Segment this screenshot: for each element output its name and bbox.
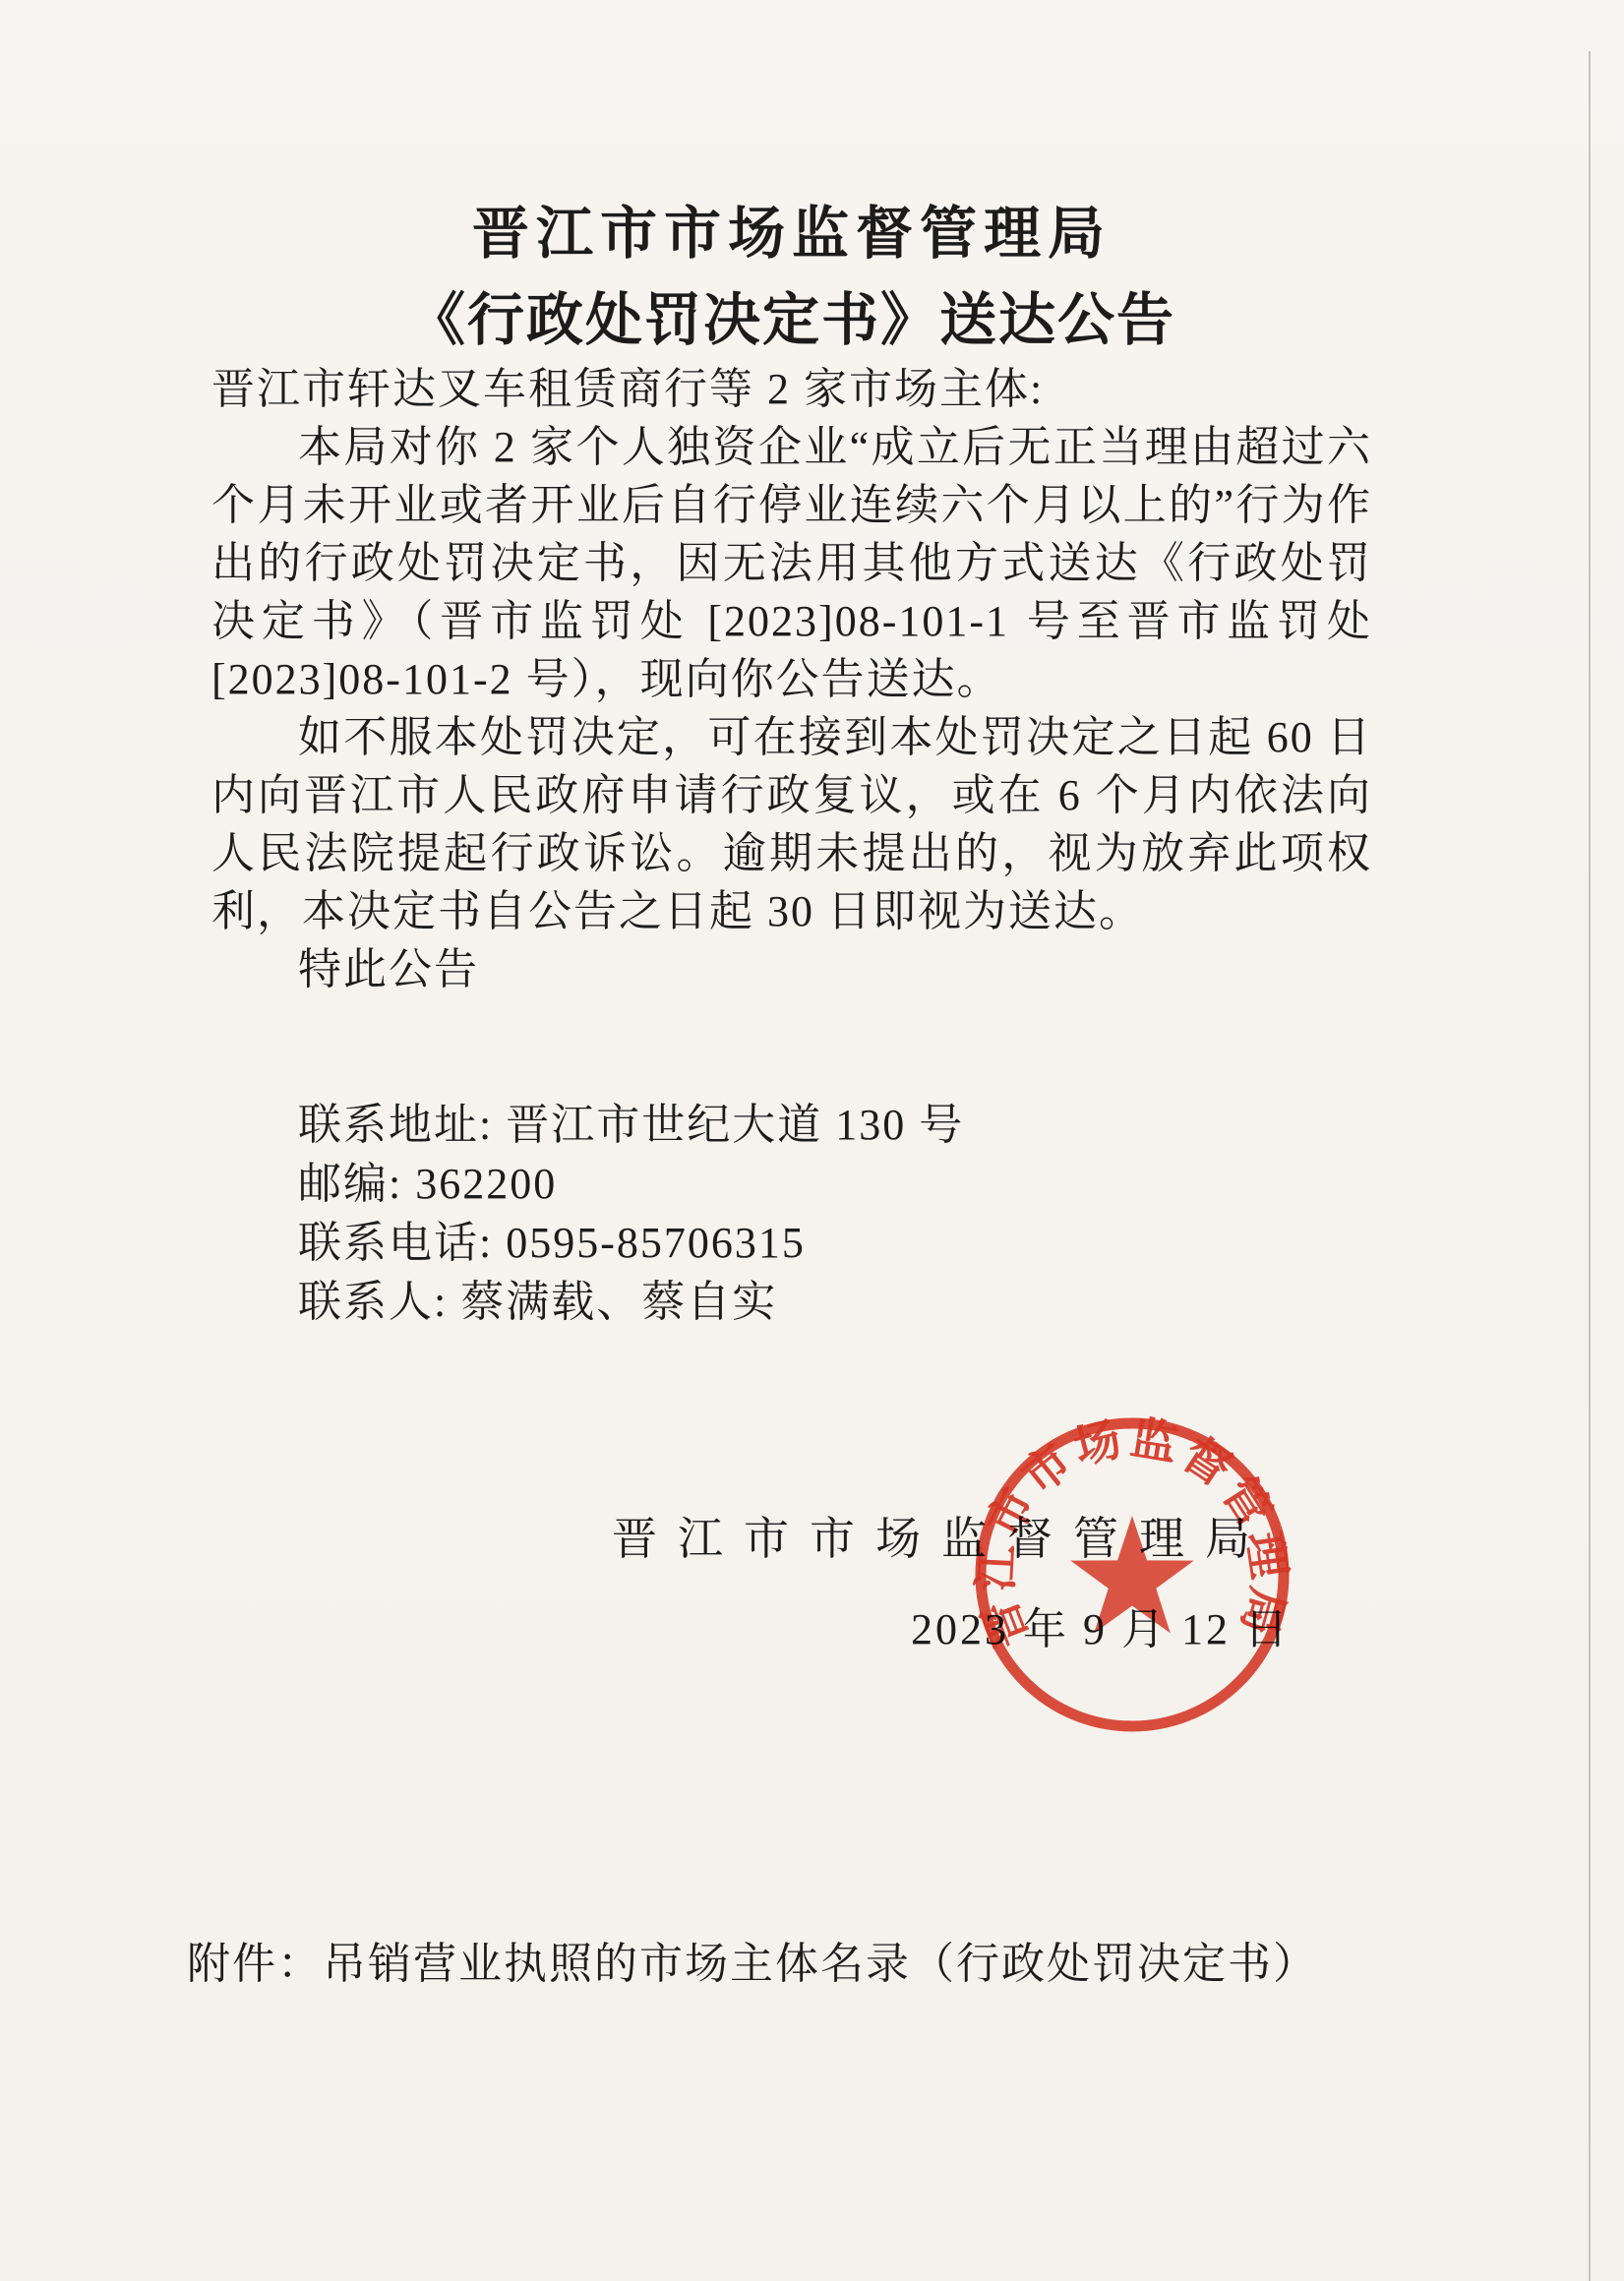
contact-postal-code: 邮编: 362200: [211, 1155, 1372, 1214]
official-seal: 晋江市市场监督管理局: [967, 1410, 1297, 1740]
contact-phone: 联系电话: 0595-85706315: [211, 1214, 1372, 1273]
contact-address: 联系地址: 晋江市世纪大道 130 号: [211, 1096, 1372, 1155]
document-page: 晋江市市场监督管理局 《行政处罚决定书》送达公告 晋江市轩达叉车租赁商行等 2 …: [0, 0, 1624, 2281]
body-paragraph-1: 本局对你 2 家个人独资企业“成立后无正当理由超过六个月未开业或者开业后自行停业…: [211, 418, 1372, 708]
attachment-note: 附件：吊销营业执照的市场主体名录（行政处罚决定书）: [187, 1928, 1466, 1991]
seal-star-icon: [1070, 1516, 1194, 1633]
document-title-line2: 《行政处罚决定书》送达公告: [211, 273, 1372, 356]
body-paragraph-2: 如不服本处罚决定，可在接到本处罚决定之日起 60 日内向晋江市人民政府申请行政复…: [211, 708, 1372, 940]
closing-line: 特此公告: [211, 940, 1372, 998]
salutation: 晋江市轩达叉车租赁商行等 2 家市场主体:: [211, 360, 1372, 418]
document-title-line1: 晋江市市场监督管理局: [211, 187, 1372, 270]
document-body: 晋江市轩达叉车租赁商行等 2 家市场主体: 本局对你 2 家个人独资企业“成立后…: [211, 360, 1372, 998]
contact-block: 联系地址: 晋江市世纪大道 130 号 邮编: 362200 联系电话: 059…: [211, 1096, 1372, 1332]
contact-person: 联系人: 蔡满载、蔡自实: [211, 1273, 1372, 1332]
scan-edge-line: [1589, 51, 1591, 2281]
